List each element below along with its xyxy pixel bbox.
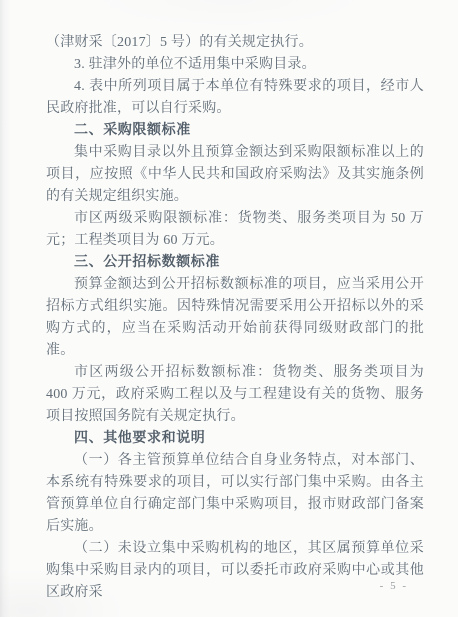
page-number: - 5 - bbox=[380, 579, 408, 593]
list-item-4: 4. 表中所列项目属于本单位有特殊要求的项目，经市人民政府批准，可以自行采购。 bbox=[46, 76, 424, 120]
paragraph-open-tender-2: 市区两级公开招标数额标准：货物类、服务类项目为 400 万元，政府采购工程以及与… bbox=[46, 362, 424, 428]
scanned-document-page: { "colors": { "page_background": "#fbfbf… bbox=[0, 0, 458, 617]
paragraph-procurement-limit-1: 集中采购目录以外且预算金额达到采购限额标准以上的项目，应按照《中华人民共和国政府… bbox=[46, 142, 424, 208]
paragraph-other-requirements-2: （二）未设立集中采购机构的地区，其区属预算单位采购集中采购目录内的项目，可以委托… bbox=[46, 538, 424, 604]
paragraph-reference-document: （津财采〔2017〕5 号）的有关规定执行。 bbox=[46, 32, 424, 54]
paragraph-other-requirements-1: （一）各主管预算单位结合自身业务特点，对本部门、本系统有特殊要求的项目，可以实行… bbox=[46, 450, 424, 538]
section-heading-open-tender-threshold: 三、公开招标数额标准 bbox=[46, 252, 424, 274]
paragraph-procurement-limit-2: 市区两级采购限额标准：货物类、服务类项目为 50 万元；工程类项目为 60 万元… bbox=[46, 208, 424, 252]
document-text-block: （津财采〔2017〕5 号）的有关规定执行。 3. 驻津外的单位不适用集中采购目… bbox=[46, 32, 424, 604]
section-heading-procurement-limit: 二、采购限额标准 bbox=[46, 120, 424, 142]
section-heading-other-requirements: 四、其他要求和说明 bbox=[46, 428, 424, 450]
paragraph-open-tender-1: 预算金额达到公开招标数额标准的项目，应当采用公开招标方式组织实施。因特殊情况需要… bbox=[46, 274, 424, 362]
list-item-3: 3. 驻津外的单位不适用集中采购目录。 bbox=[46, 54, 424, 76]
